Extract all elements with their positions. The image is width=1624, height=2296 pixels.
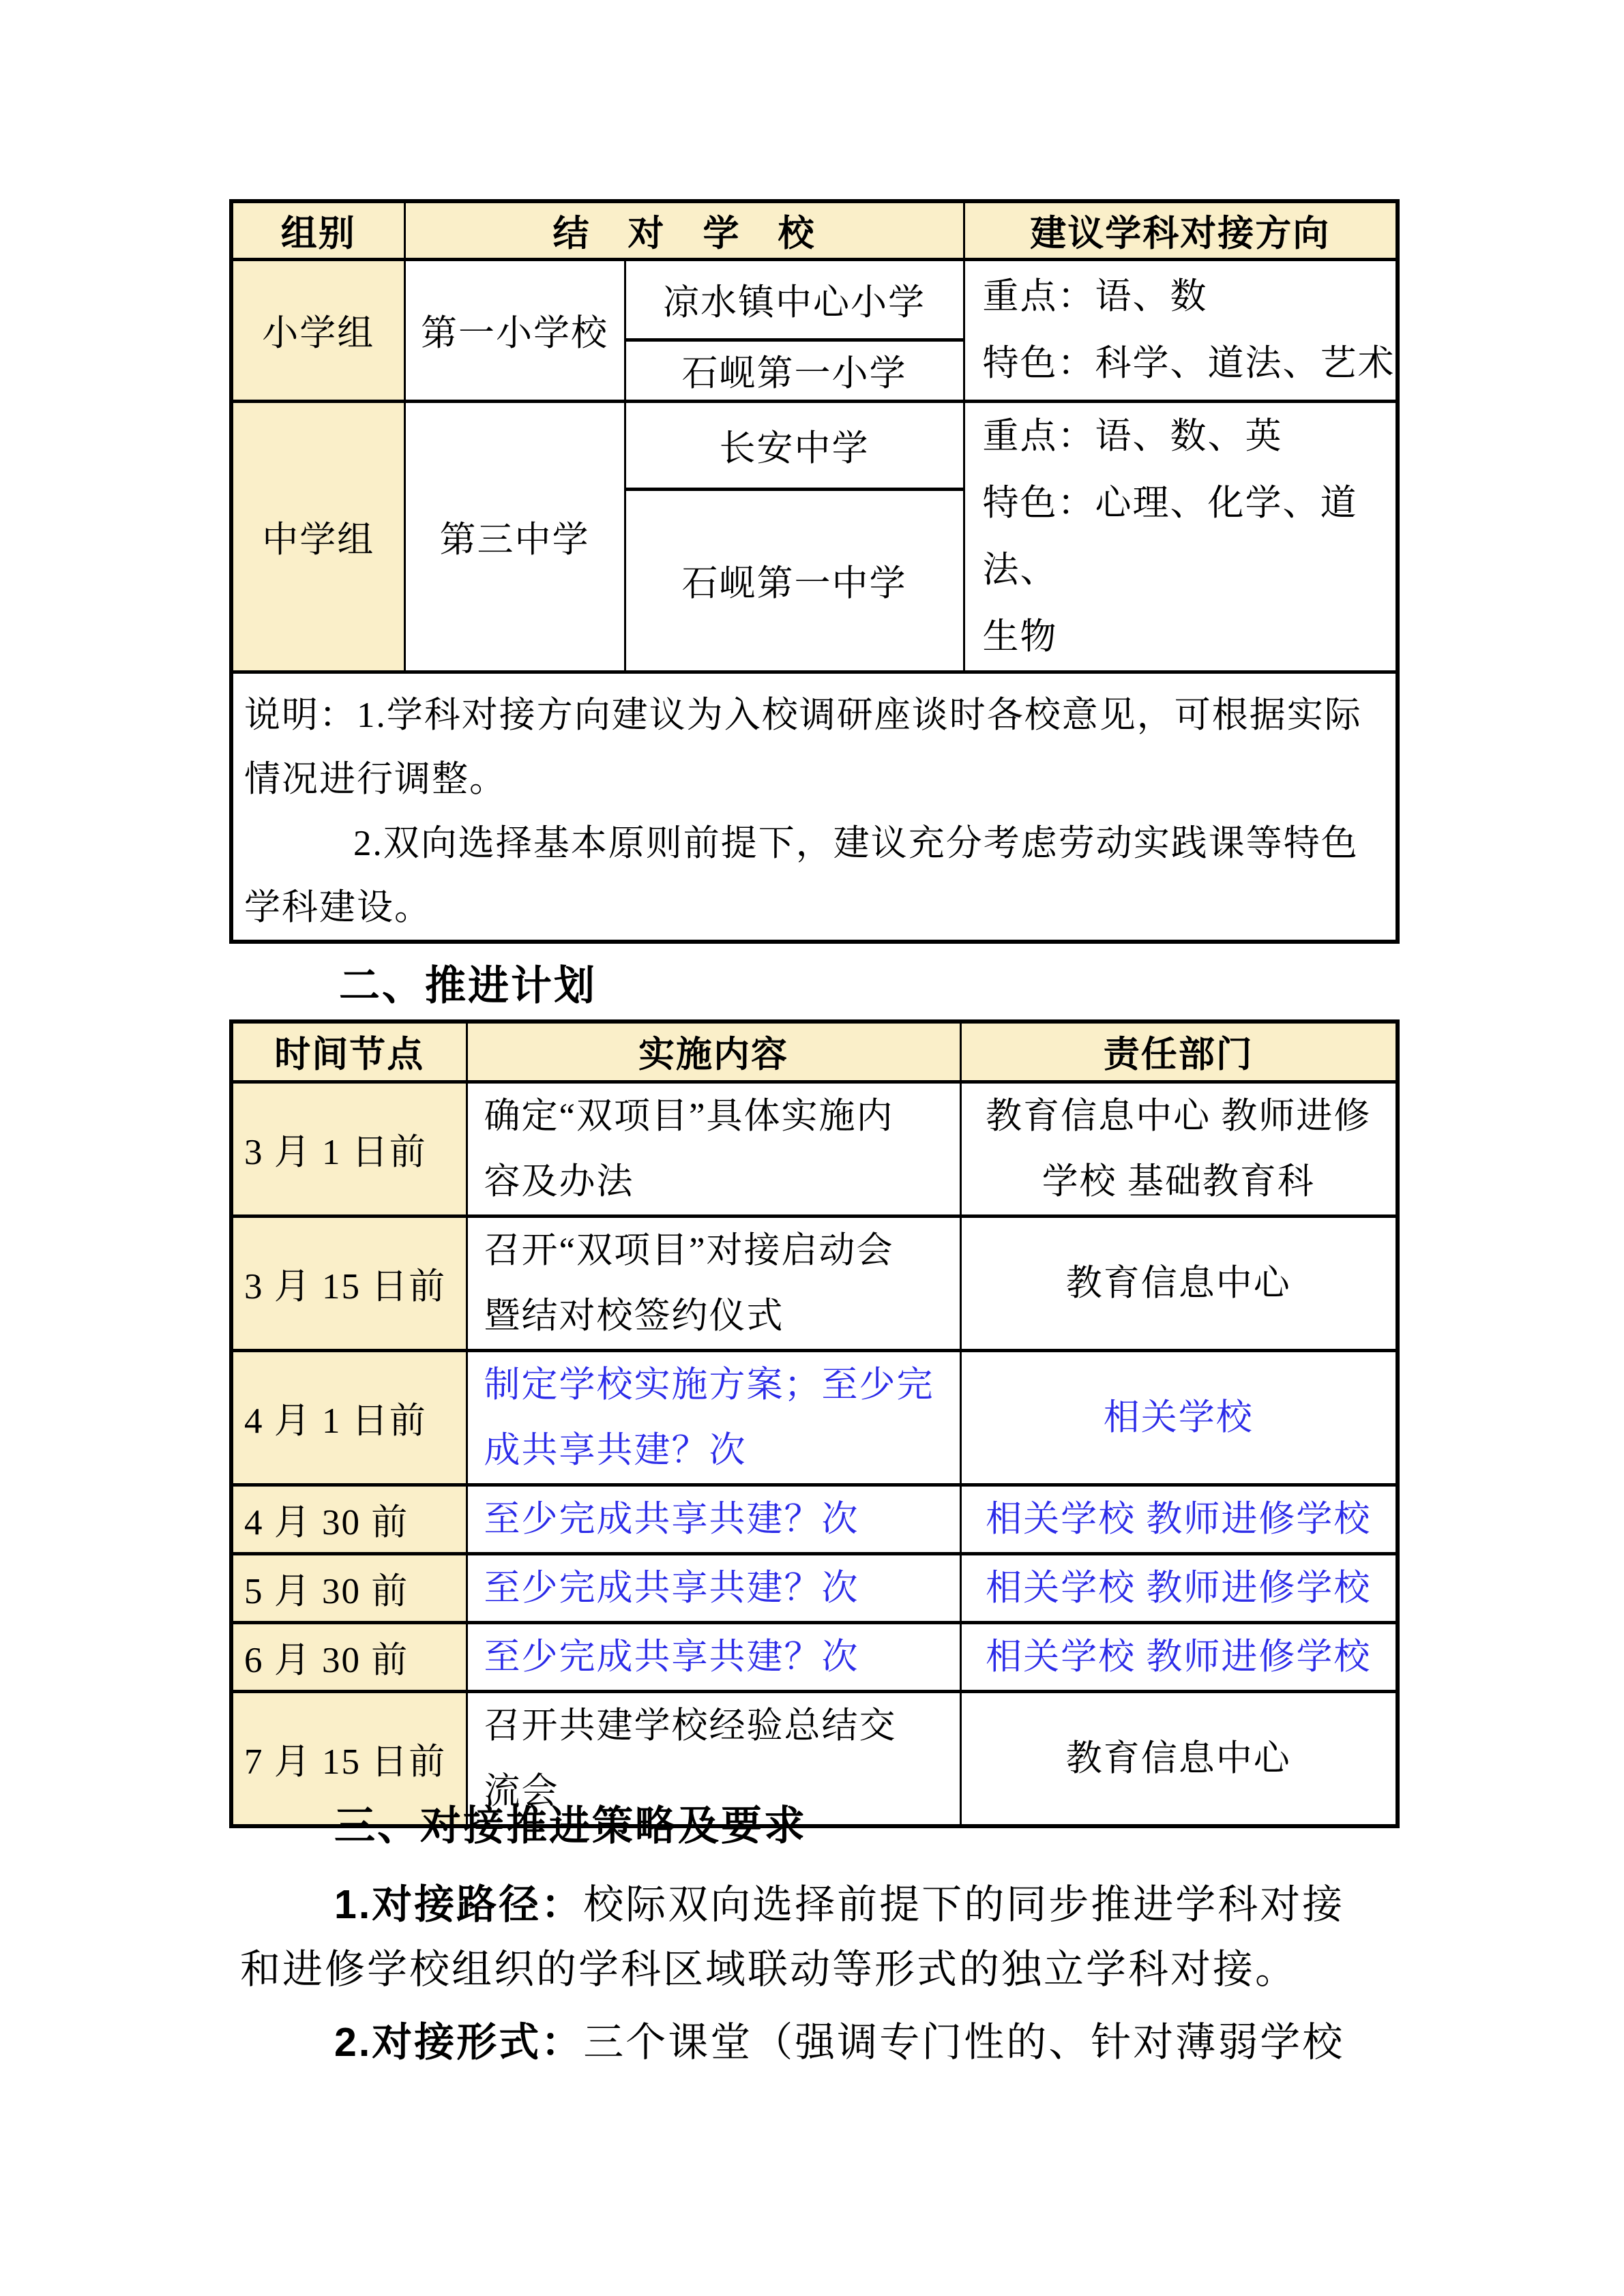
section-heading-strategy: 三、对接推进策略及要求 bbox=[334, 1793, 807, 1852]
time-cell: 5 月 30 前 bbox=[231, 1553, 467, 1622]
direction-middle: 重点：语、数、英 特色：心理、化学、道法、 生物 bbox=[964, 401, 1398, 672]
content-line: 制定学校实施方案；至少完 bbox=[484, 1352, 960, 1418]
dept-line: 相关学校 教师进修学校 bbox=[962, 1487, 1396, 1552]
section-heading-plan: 二、推进计划 bbox=[339, 953, 597, 1012]
dept-line: 教育信息中心 bbox=[962, 1251, 1396, 1316]
content-line: 至少完成共享共建？次 bbox=[484, 1555, 960, 1621]
time-cell: 4 月 1 日前 bbox=[231, 1350, 467, 1485]
group-primary: 小学组 bbox=[231, 259, 404, 401]
schedule-row: 6 月 30 前 至少完成共享共建？次 相关学校 教师进修学校 bbox=[231, 1622, 1398, 1691]
schedule-row: 4 月 1 日前 制定学校实施方案；至少完 成共享共建？次 相关学校 bbox=[231, 1350, 1398, 1485]
header-pair-schools: 结 对 学 校 bbox=[404, 201, 964, 259]
note-line: 情况进行调整。 bbox=[244, 747, 1385, 811]
content-cell: 至少完成共享共建？次 bbox=[467, 1553, 960, 1622]
dept-cell: 教育信息中心 bbox=[960, 1216, 1398, 1350]
note-row: 说明：1.学科对接方向建议为入校调研座谈时各校意见，可根据实际 情况进行调整。 … bbox=[231, 672, 1398, 942]
header-group: 组别 bbox=[231, 201, 404, 259]
content-line: 容及办法 bbox=[484, 1149, 960, 1214]
dept-cell: 相关学校 bbox=[960, 1350, 1398, 1485]
header-content: 实施内容 bbox=[467, 1022, 960, 1082]
content-cell: 至少完成共享共建？次 bbox=[467, 1622, 960, 1691]
note-line: 说明：1.学科对接方向建议为入校调研座谈时各校意见，可根据实际 bbox=[244, 683, 1385, 747]
paragraph-label: 1.对接路径： bbox=[334, 1882, 583, 1927]
schedule-row: 5 月 30 前 至少完成共享共建？次 相关学校 教师进修学校 bbox=[231, 1553, 1398, 1622]
content-line: 召开共建学校经验总结交 bbox=[484, 1693, 960, 1759]
schedule-table: 时间节点 实施内容 责任部门 3 月 1 日前 确定“双项目”具体实施内 容及办… bbox=[229, 1019, 1400, 1828]
schedule-row: 3 月 1 日前 确定“双项目”具体实施内 容及办法 教育信息中心 教师进修 学… bbox=[231, 1082, 1398, 1216]
content-line: 至少完成共享共建？次 bbox=[484, 1624, 960, 1690]
dept-cell: 相关学校 教师进修学校 bbox=[960, 1553, 1398, 1622]
direction-line: 特色：科学、道法、艺术 bbox=[983, 330, 1396, 397]
partner-school: 凉水镇中心小学 bbox=[625, 259, 964, 340]
content-cell: 召开“双项目”对接启动会 暨结对校签约仪式 bbox=[467, 1216, 960, 1350]
content-line: 暨结对校签约仪式 bbox=[484, 1283, 960, 1349]
paragraph-text: 三个课堂（强调专门性的、针对薄弱学校 bbox=[583, 2020, 1344, 2065]
content-line: 成共享共建？次 bbox=[484, 1418, 960, 1483]
content-cell: 制定学校实施方案；至少完 成共享共建？次 bbox=[467, 1350, 960, 1485]
paragraph-text: 校际双向选择前提下的同步推进学科对接 bbox=[583, 1882, 1344, 1927]
dept-cell: 相关学校 教师进修学校 bbox=[960, 1485, 1398, 1553]
partner-school: 长安中学 bbox=[625, 401, 964, 489]
partner-school: 石岘第一中学 bbox=[625, 489, 964, 672]
pairing-table: 组别 结 对 学 校 建议学科对接方向 小学组 第一小学校 凉水镇中心小学 重点… bbox=[229, 199, 1400, 944]
content-line: 确定“双项目”具体实施内 bbox=[484, 1084, 960, 1149]
dept-line: 学校 基础教育科 bbox=[962, 1149, 1396, 1214]
time-cell: 3 月 15 日前 bbox=[231, 1216, 467, 1350]
direction-line: 特色：心理、化学、道法、 bbox=[983, 470, 1396, 603]
header-direction: 建议学科对接方向 bbox=[964, 201, 1398, 259]
time-cell: 3 月 1 日前 bbox=[231, 1082, 467, 1216]
direction-line: 生物 bbox=[983, 603, 1396, 670]
header-time: 时间节点 bbox=[231, 1022, 467, 1082]
dept-line: 相关学校 教师进修学校 bbox=[962, 1624, 1396, 1690]
group-middle: 中学组 bbox=[231, 401, 404, 672]
direction-primary: 重点：语、数 特色：科学、道法、艺术 bbox=[964, 259, 1398, 401]
paragraph-line: 和进修学校组织的学科区域联动等形式的独立学科对接。 bbox=[240, 1937, 1297, 1995]
note-line: 学科建设。 bbox=[244, 876, 1385, 940]
paragraph-label: 2.对接形式： bbox=[334, 2020, 583, 2065]
table-row: 中学组 第三中学 长安中学 重点：语、数、英 特色：心理、化学、道法、 生物 bbox=[231, 401, 1398, 489]
paragraph-line: 2.对接形式：三个课堂（强调专门性的、针对薄弱学校 bbox=[334, 2010, 1344, 2068]
direction-line: 重点：语、数、英 bbox=[983, 403, 1396, 470]
content-line: 至少完成共享共建？次 bbox=[484, 1487, 960, 1552]
time-cell: 4 月 30 前 bbox=[231, 1485, 467, 1553]
document-page: 组别 结 对 学 校 建议学科对接方向 小学组 第一小学校 凉水镇中心小学 重点… bbox=[0, 0, 1624, 2296]
schedule-row: 3 月 15 日前 召开“双项目”对接启动会 暨结对校签约仪式 教育信息中心 bbox=[231, 1216, 1398, 1350]
header-dept: 责任部门 bbox=[960, 1022, 1398, 1082]
dept-cell: 相关学校 教师进修学校 bbox=[960, 1622, 1398, 1691]
note-line: 2.双向选择基本原则前提下，建议充分考虑劳动实践课等特色 bbox=[244, 811, 1385, 876]
content-cell: 至少完成共享共建？次 bbox=[467, 1485, 960, 1553]
paragraph-line: 1.对接路径：校际双向选择前提下的同步推进学科对接 bbox=[334, 1872, 1344, 1930]
pairing-table-header-row: 组别 结 对 学 校 建议学科对接方向 bbox=[231, 201, 1398, 259]
dept-cell: 教育信息中心 教师进修 学校 基础教育科 bbox=[960, 1082, 1398, 1216]
schedule-row: 4 月 30 前 至少完成共享共建？次 相关学校 教师进修学校 bbox=[231, 1485, 1398, 1553]
dept-line: 教育信息中心 bbox=[962, 1726, 1396, 1791]
partner-school: 石岘第一小学 bbox=[625, 340, 964, 401]
dept-line: 教育信息中心 教师进修 bbox=[962, 1084, 1396, 1149]
table-row: 小学组 第一小学校 凉水镇中心小学 重点：语、数 特色：科学、道法、艺术 bbox=[231, 259, 1398, 340]
direction-line: 重点：语、数 bbox=[983, 263, 1396, 330]
schedule-header-row: 时间节点 实施内容 责任部门 bbox=[231, 1022, 1398, 1082]
dept-line: 相关学校 bbox=[962, 1385, 1396, 1450]
dept-line: 相关学校 教师进修学校 bbox=[962, 1555, 1396, 1621]
content-cell: 确定“双项目”具体实施内 容及办法 bbox=[467, 1082, 960, 1216]
content-line: 召开“双项目”对接启动会 bbox=[484, 1218, 960, 1283]
lead-school-primary: 第一小学校 bbox=[404, 259, 625, 401]
note-cell: 说明：1.学科对接方向建议为入校调研座谈时各校意见，可根据实际 情况进行调整。 … bbox=[231, 672, 1398, 942]
dept-cell: 教育信息中心 bbox=[960, 1691, 1398, 1826]
lead-school-middle: 第三中学 bbox=[404, 401, 625, 672]
time-cell: 6 月 30 前 bbox=[231, 1622, 467, 1691]
